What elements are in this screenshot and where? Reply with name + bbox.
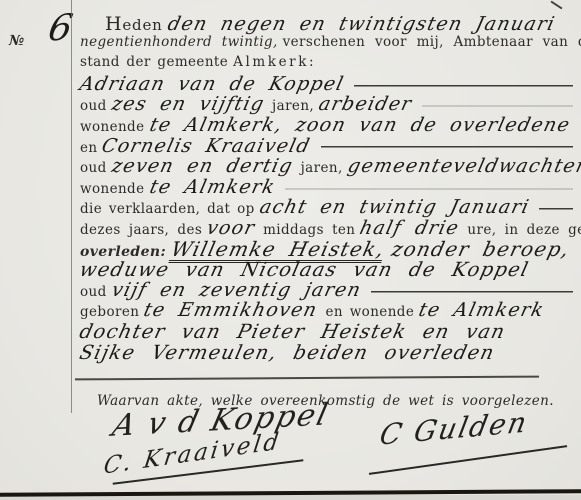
handwritten-text: half drie bbox=[358, 219, 461, 238]
signature-text: C Gulden bbox=[377, 405, 531, 452]
death-certificate-scan: № 6 Hedenden negen en twintigsten Januar… bbox=[0, 0, 581, 500]
printed-text: jaren, bbox=[272, 98, 314, 114]
ruled-blank-line bbox=[422, 100, 573, 111]
form-line-15: geborente Emmikhovenen wonendete Almkerk bbox=[80, 301, 577, 322]
signature-registrar: C Gulden bbox=[379, 406, 530, 452]
printed-text: en bbox=[80, 140, 97, 156]
printed-text: Heden bbox=[105, 13, 163, 35]
handwritten-text: den negen en twintigsten Januari bbox=[165, 15, 556, 34]
printed-text: wonende bbox=[80, 119, 145, 135]
handwritten-text: zes en vijftig bbox=[109, 95, 266, 114]
printed-text: jaren, bbox=[301, 160, 343, 176]
printed-text: geboren bbox=[80, 304, 139, 320]
pen-stroke-line bbox=[371, 286, 573, 297]
handwritten-text: zonder beroep, bbox=[390, 240, 572, 259]
printed-text: stand der gemeente bbox=[80, 54, 228, 70]
handwritten-text: gemeenteveldwachter bbox=[345, 157, 581, 176]
handwritten-text: Cornelis Kraaiveld bbox=[100, 137, 312, 156]
handwritten-text: Adriaan van de Koppel bbox=[78, 75, 346, 94]
handwritten-text: te Emmikhoven bbox=[142, 301, 320, 320]
form-line-10: die verklaarden, dat opacht en twintig J… bbox=[80, 198, 577, 219]
printed-text: oud bbox=[80, 284, 107, 300]
form-line-16: dochter van Pieter Heistek en van bbox=[80, 322, 577, 343]
handwritten-text: te Almkerk, zoon van de overledene bbox=[147, 116, 571, 135]
form-line-17: Sijke Vermeulen, beiden overleden bbox=[80, 343, 577, 364]
printed-text: wonende bbox=[80, 181, 145, 197]
handwritten-text: Sijke Vermeulen, beiden overleden bbox=[78, 343, 497, 362]
printed-text: dezes jaars, des bbox=[80, 222, 202, 238]
handwritten-text: te Almkerk bbox=[147, 178, 276, 197]
scan-artifact bbox=[551, 1, 563, 10]
printed-text: oud bbox=[80, 98, 107, 114]
printed-text: middags ten bbox=[263, 222, 355, 238]
margin-rule bbox=[71, 0, 72, 413]
handwritten-text: dochter van Pieter Heistek en van bbox=[78, 322, 508, 341]
printed-text: en wonende bbox=[326, 304, 415, 320]
pen-stroke-line bbox=[539, 203, 573, 214]
record-number-symbol: № bbox=[9, 33, 25, 49]
form-line-2: negentienhonderd twintig,verschenen voor… bbox=[80, 34, 577, 55]
ruled-blank-line bbox=[285, 183, 573, 194]
printed-text: negentienhonderd twintig, bbox=[80, 34, 278, 50]
form-line-13: weduwe van Nicolaas van de Koppel bbox=[80, 260, 577, 281]
handwritten-text: te Almkerk bbox=[417, 301, 546, 320]
separator-line bbox=[75, 376, 539, 380]
form-line-5: oudzes en vijftigjaren,arbeider bbox=[80, 95, 577, 116]
printed-text: verschenen voor mij, Ambtenaar van den b… bbox=[283, 34, 581, 50]
pen-stroke-line bbox=[321, 141, 573, 152]
form-line-8: oudzeven en dertigjaren,gemeenteveldwach… bbox=[80, 157, 577, 178]
handwritten-text: arbeider bbox=[317, 95, 414, 114]
handwritten-text: zeven en dertig bbox=[109, 157, 294, 176]
printed-text: ure, in deze gemeente is bbox=[467, 222, 581, 238]
handwritten-text: acht en twintig Januari bbox=[257, 198, 531, 217]
handwritten-text: voor bbox=[205, 219, 257, 238]
printed-text: Almkerk: bbox=[233, 54, 316, 70]
handwritten-text: vijf en zeventig jaren bbox=[109, 281, 362, 300]
form-body: Hedenden negen en twintigsten Januarineg… bbox=[80, 13, 577, 363]
handwritten-text: weduwe van Nicolaas van de Koppel bbox=[78, 260, 531, 279]
form-line-6: wonendete Almkerk, zoon van de overleden… bbox=[80, 116, 577, 137]
form-line-1: Hedenden negen en twintigsten Januari bbox=[80, 13, 577, 34]
pen-stroke-line bbox=[354, 80, 573, 91]
form-line-3: stand der gemeenteAlmkerk: bbox=[80, 54, 577, 75]
printed-text: oud bbox=[80, 160, 107, 176]
printed-text: die verklaarden, dat op bbox=[80, 201, 255, 217]
